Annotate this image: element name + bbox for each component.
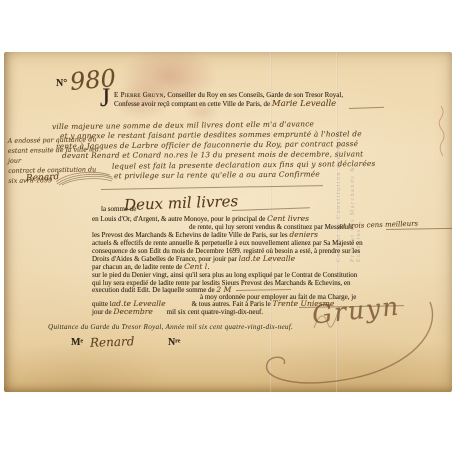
payer-name: Marie Levealle [272, 99, 336, 109]
opening-dropcap: J [100, 87, 110, 109]
ink-scribble [54, 169, 116, 187]
treasurer-signature: Gruyn [254, 288, 452, 392]
sum-amount: Deux mil livres [124, 192, 239, 214]
ink-rule [349, 107, 384, 109]
payee-officer-name: E Pierre Gruyn, [114, 91, 166, 99]
notary-name: Renard [90, 334, 135, 350]
parchment-paper: Contrat de Constitution des rentes Prevo… [4, 52, 452, 392]
ink-rule [386, 228, 452, 230]
inline-handwriting: lad.te Levealle [239, 254, 295, 263]
notary-nre-label: Nʳᵉ [168, 339, 180, 348]
inline-handwriting: Decembre [113, 307, 153, 316]
scanned-document-image: Contrat de Constitution des rentes Prevo… [0, 0, 452, 452]
signature-flourish [254, 288, 452, 392]
inline-handwriting: Cent l. [184, 262, 210, 271]
notary-me-label: Mᵉ [71, 339, 83, 348]
doc-number-label: N° [56, 80, 67, 89]
inline-handwriting: deniers [289, 230, 318, 239]
inline-handwriting: Cent livres [267, 214, 309, 223]
handwritten-line: et privilege sur la rente qu'elle a ou a… [114, 169, 414, 181]
ink-rule [101, 185, 323, 190]
